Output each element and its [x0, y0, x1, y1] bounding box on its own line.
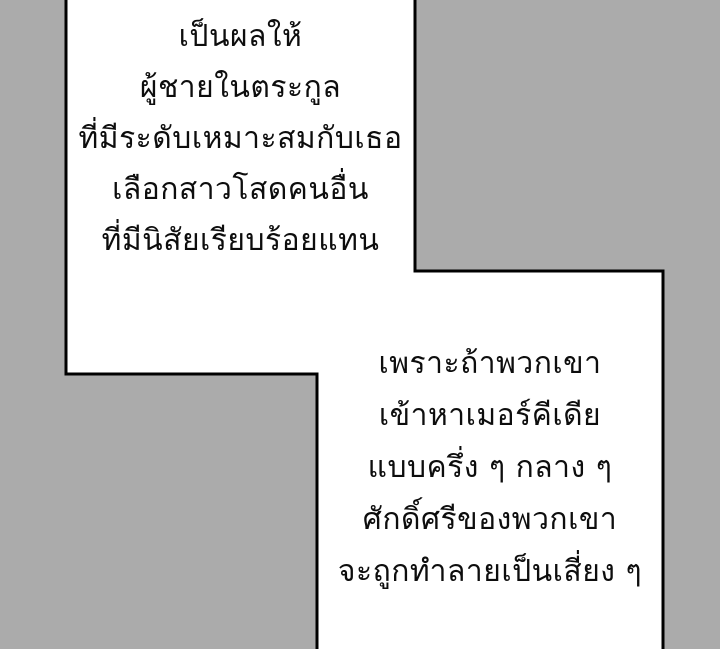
- caption-line: แบบครึ่ง ๆ กลาง ๆ: [368, 442, 613, 494]
- caption-line: ที่มีระดับเหมาะสมกับเธอ: [79, 113, 403, 164]
- caption-line: ศักดิ์ศรีของพวกเขา: [363, 494, 617, 546]
- comic-page: เป็นผลให้ ผู้ชายในตระกูล ที่มีระดับเหมาะ…: [0, 0, 720, 649]
- caption-line: เพราะถ้าพวกเขา: [378, 338, 601, 390]
- speech-caption-top-left: เป็นผลให้ ผู้ชายในตระกูล ที่มีระดับเหมาะ…: [66, 11, 415, 266]
- caption-line: เลือกสาวโสดคนอื่น: [112, 164, 369, 215]
- speech-caption-bottom-right: เพราะถ้าพวกเขา เข้าหาเมอร์คีเดีย แบบครึ่…: [317, 338, 663, 598]
- caption-line: เข้าหาเมอร์คีเดีย: [379, 390, 601, 442]
- caption-line: จะถูกทำลายเป็นเสี่ยง ๆ: [338, 546, 642, 598]
- caption-line: ที่มีนิสัยเรียบร้อยแทน: [102, 215, 380, 266]
- caption-line: ผู้ชายในตระกูล: [140, 62, 341, 113]
- caption-line: เป็นผลให้: [179, 11, 303, 62]
